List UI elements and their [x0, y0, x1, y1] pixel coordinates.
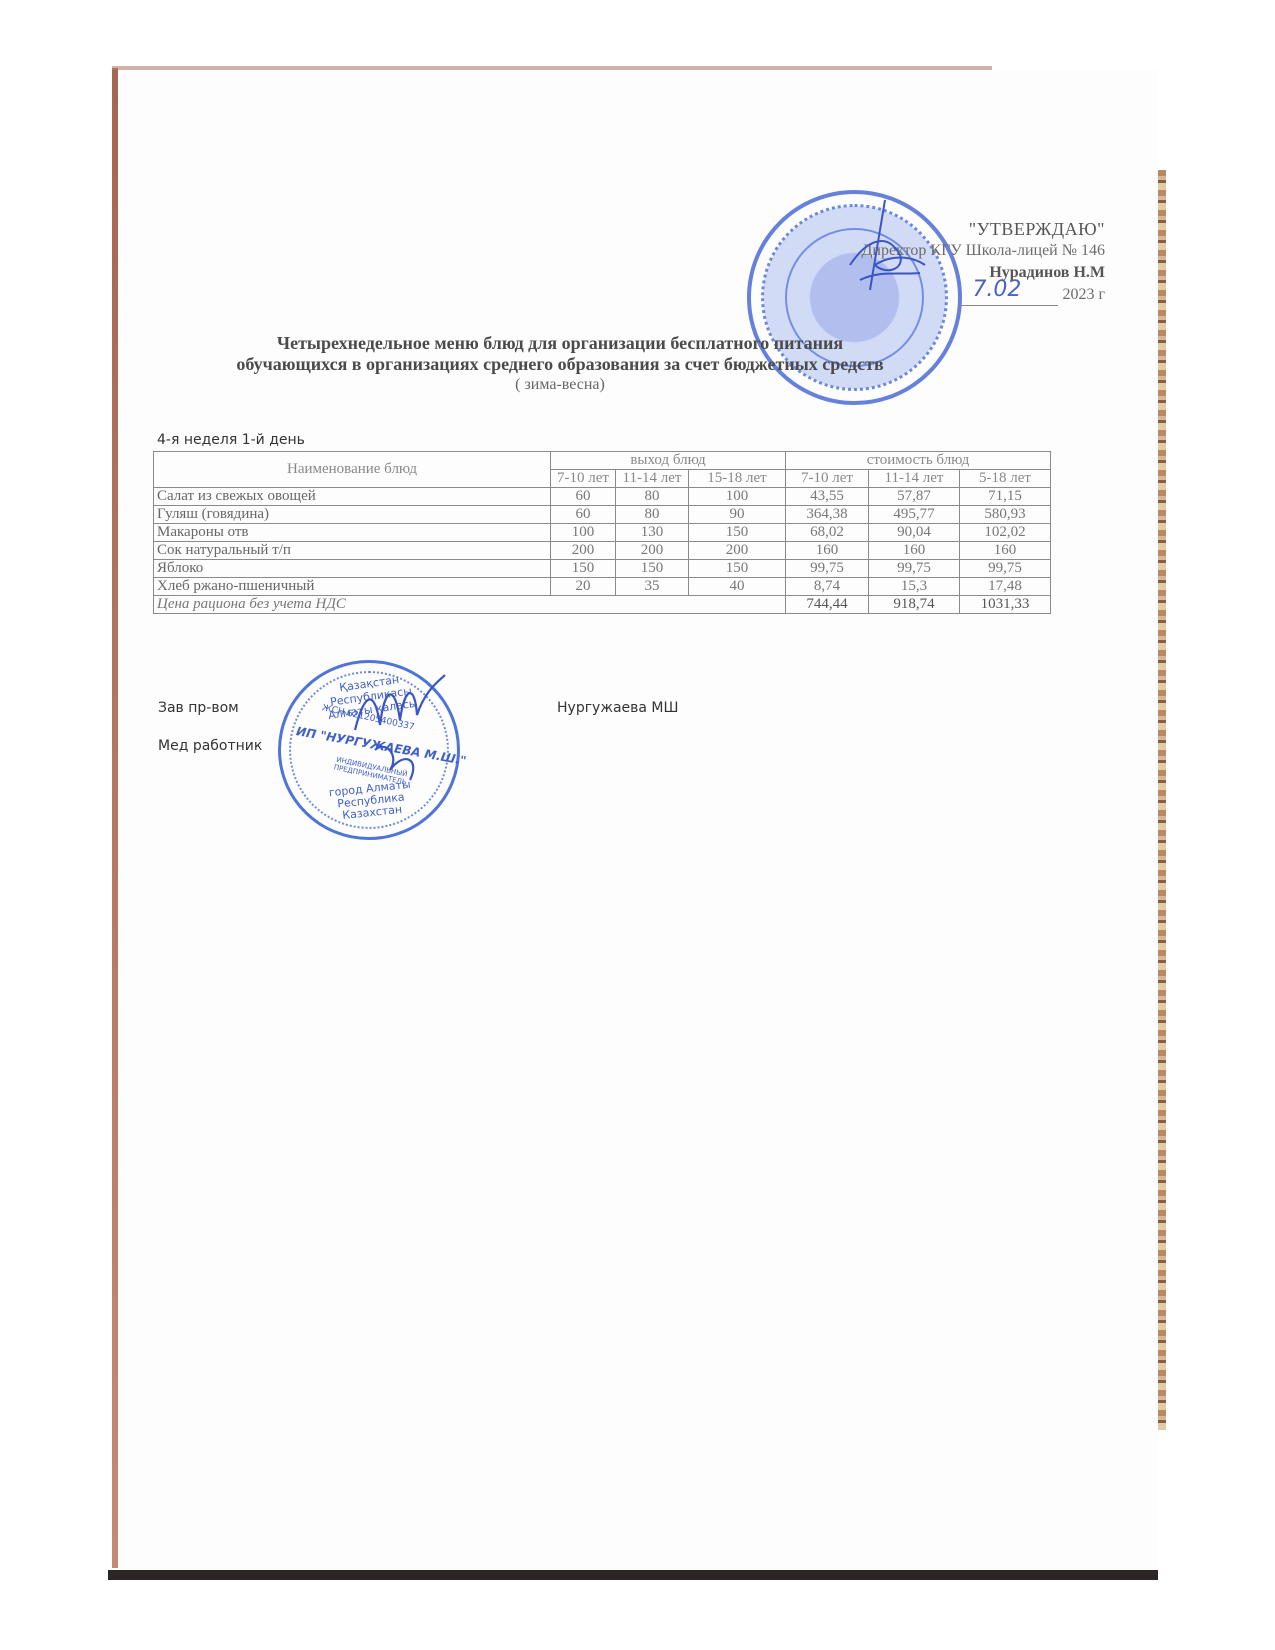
- production-signature-icon: [345, 670, 455, 790]
- dish-cost: 8,74: [786, 578, 869, 596]
- dish-cost: 495,77: [869, 506, 960, 524]
- dish-name: Макароны отв: [154, 524, 551, 542]
- dish-name: Гуляш (говядина): [154, 506, 551, 524]
- dish-cost: 160: [786, 542, 869, 560]
- dish-output: 100: [689, 488, 786, 506]
- menu-table: Наименование блюд выход блюд стоимость б…: [153, 451, 1051, 614]
- director-signature-icon: [830, 195, 940, 305]
- total-label: Цена рациона без учета НДС: [154, 596, 786, 614]
- dish-cost: 68,02: [786, 524, 869, 542]
- dish-cost: 43,55: [786, 488, 869, 506]
- col-header-output-1: 7-10 лет: [551, 470, 616, 488]
- dish-cost: 90,04: [869, 524, 960, 542]
- dish-cost: 364,38: [786, 506, 869, 524]
- dish-cost: 580,93: [960, 506, 1051, 524]
- dish-output: 150: [689, 560, 786, 578]
- dish-output: 200: [551, 542, 616, 560]
- dish-output: 60: [551, 488, 616, 506]
- table-row: Яблоко15015015099,7599,7599,75: [154, 560, 1051, 578]
- dish-cost: 17,48: [960, 578, 1051, 596]
- dish-output: 90: [689, 506, 786, 524]
- dish-cost: 71,15: [960, 488, 1051, 506]
- dish-output: 35: [616, 578, 689, 596]
- title-line-1: Четырехнедельное меню блюд для организац…: [150, 333, 970, 354]
- dish-output: 130: [616, 524, 689, 542]
- title-line-2: обучающихся в организациях среднего обра…: [150, 354, 970, 375]
- total-cost: 1031,33: [960, 596, 1051, 614]
- approval-year: 2023 г: [1062, 286, 1105, 303]
- dish-cost: 102,02: [960, 524, 1051, 542]
- signature-role-production: Зав пр-вом: [158, 700, 239, 716]
- dish-output: 60: [551, 506, 616, 524]
- dish-cost: 99,75: [960, 560, 1051, 578]
- col-header-cost-3: 5-18 лет: [960, 470, 1051, 488]
- col-header-cost-2: 11-14 лет: [869, 470, 960, 488]
- total-cost: 918,74: [869, 596, 960, 614]
- table-row: Гуляш (говядина)608090364,38495,77580,93: [154, 506, 1051, 524]
- table-total-row: Цена рациона без учета НДС744,44918,7410…: [154, 596, 1051, 614]
- signature-name-production: Нургужаева МШ: [557, 700, 678, 716]
- dish-cost: 99,75: [869, 560, 960, 578]
- title-line-3: ( зима-весна): [150, 375, 970, 395]
- dish-output: 200: [689, 542, 786, 560]
- dish-output: 200: [616, 542, 689, 560]
- dish-name: Салат из свежых овощей: [154, 488, 551, 506]
- dish-name: Хлеб ржано-пшеничный: [154, 578, 551, 596]
- table-row: Салат из свежых овощей608010043,5557,877…: [154, 488, 1051, 506]
- dish-output: 80: [616, 488, 689, 506]
- table-row: Сок натуральный т/п200200200160160160: [154, 542, 1051, 560]
- total-cost: 744,44: [786, 596, 869, 614]
- document-title: Четырехнедельное меню блюд для организац…: [150, 333, 970, 395]
- dish-cost: 160: [869, 542, 960, 560]
- dish-output: 150: [551, 560, 616, 578]
- page-bottom-shadow: [108, 1570, 1158, 1580]
- dish-output: 80: [616, 506, 689, 524]
- col-header-name: Наименование блюд: [154, 452, 551, 488]
- table-row: Макароны отв10013015068,0290,04102,02: [154, 524, 1051, 542]
- dish-output: 100: [551, 524, 616, 542]
- dish-cost: 15,3: [869, 578, 960, 596]
- dish-output: 40: [689, 578, 786, 596]
- col-header-cost-1: 7-10 лет: [786, 470, 869, 488]
- dish-cost: 160: [960, 542, 1051, 560]
- dish-output: 20: [551, 578, 616, 596]
- dish-name: Сок натуральный т/п: [154, 542, 551, 560]
- dish-output: 150: [689, 524, 786, 542]
- table-row: Хлеб ржано-пшеничный2035408,7415,317,48: [154, 578, 1051, 596]
- col-group-output: выход блюд: [551, 452, 786, 470]
- dish-cost: 99,75: [786, 560, 869, 578]
- dish-name: Яблоко: [154, 560, 551, 578]
- dish-output: 150: [616, 560, 689, 578]
- signature-role-medical: Мед работник: [158, 738, 262, 754]
- week-day-label: 4-я неделя 1-й день: [157, 432, 305, 448]
- col-group-cost: стоимость блюд: [786, 452, 1051, 470]
- col-header-output-3: 15-18 лет: [689, 470, 786, 488]
- table-edge-right: [1158, 170, 1166, 1430]
- col-header-output-2: 11-14 лет: [616, 470, 689, 488]
- handwritten-date: 7.02: [972, 279, 1021, 301]
- dish-cost: 57,87: [869, 488, 960, 506]
